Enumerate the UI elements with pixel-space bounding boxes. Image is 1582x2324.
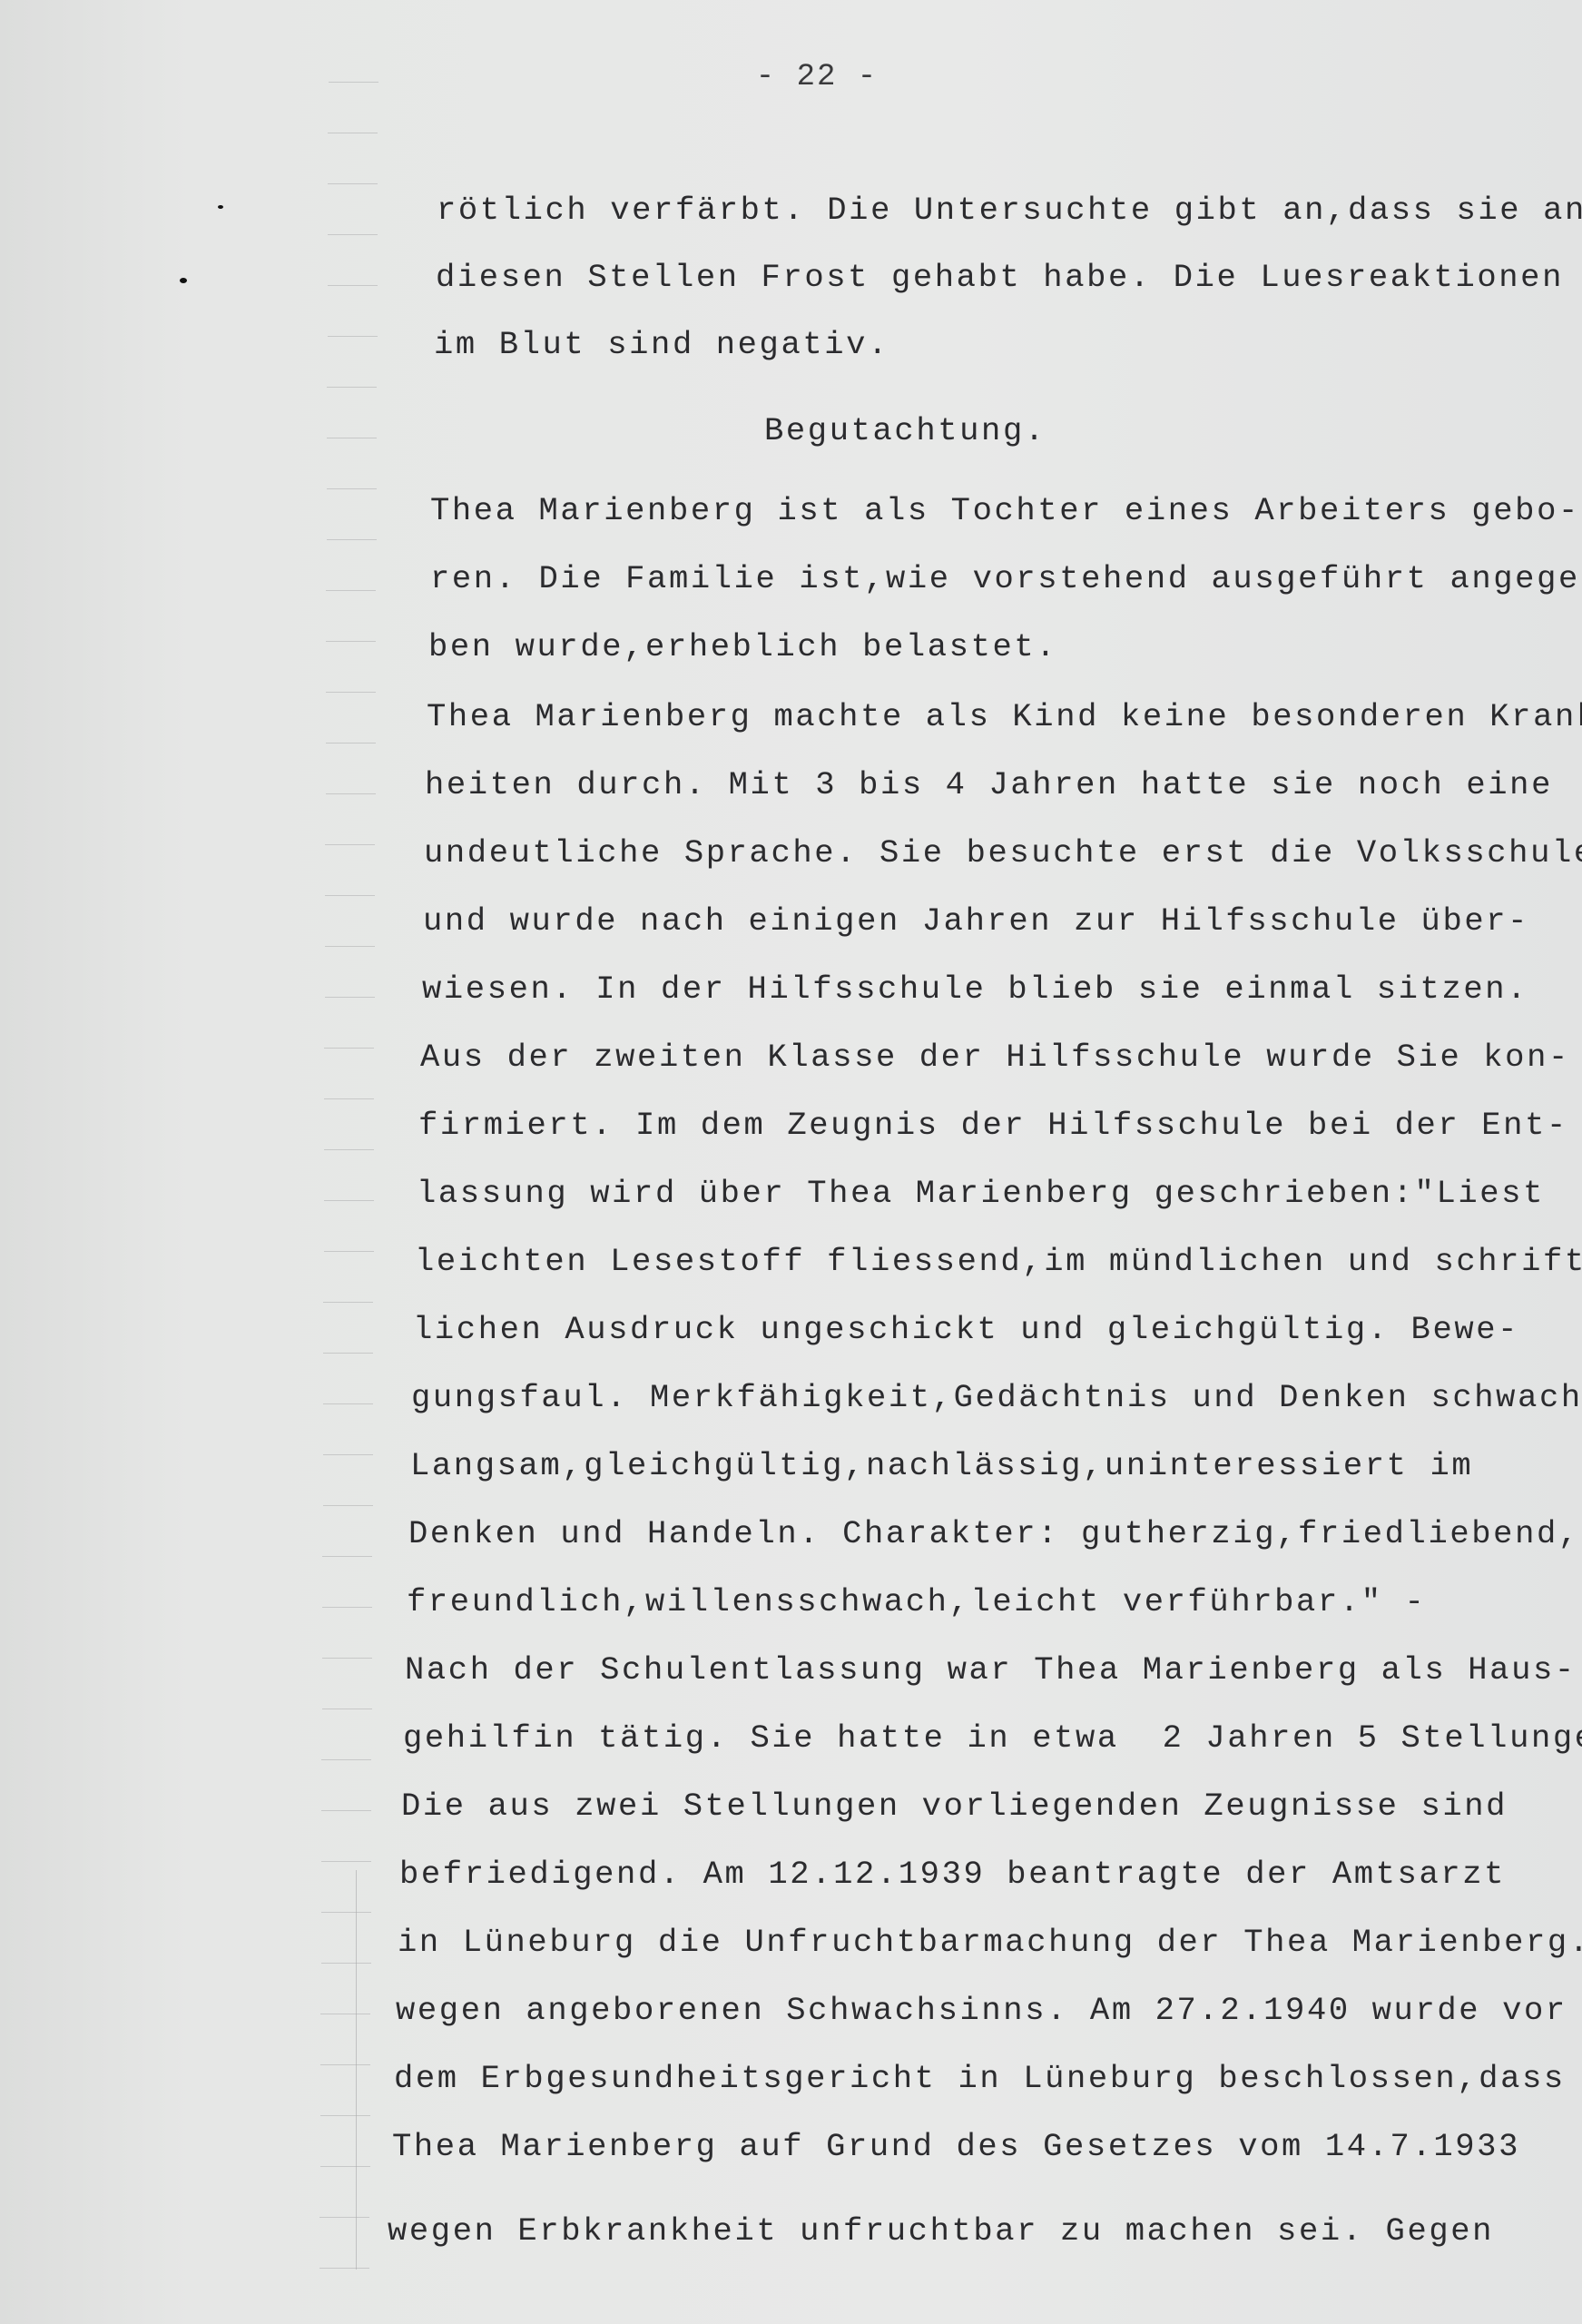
- margin-mark: [328, 183, 378, 184]
- text-line: Thea Marienberg machte als Kind keine be…: [427, 699, 1582, 735]
- text-line: Aus der zweiten Klasse der Hilfsschule w…: [420, 1039, 1570, 1076]
- text-line: wegen angeborenen Schwachsinns. Am 27.2.…: [396, 1993, 1567, 2029]
- margin-mark: [322, 1607, 372, 1608]
- margin-mark: [323, 1302, 373, 1303]
- margin-mark: [319, 2217, 369, 2218]
- text-line: gehilfin tätig. Sie hatte in etwa 2 Jahr…: [403, 1720, 1582, 1757]
- margin-mark: [321, 1810, 371, 1811]
- ink-speck: [218, 205, 223, 209]
- margin-mark: [322, 1556, 372, 1557]
- text-line: leichten Lesestoff fliessend,im mündlich…: [415, 1244, 1582, 1280]
- text-line: heiten durch. Mit 3 bis 4 Jahren hatte s…: [425, 767, 1553, 803]
- text-line: Thea Marienberg ist als Tochter eines Ar…: [430, 493, 1580, 529]
- text-line: wegen Erbkrankheit unfruchtbar zu machen…: [388, 2213, 1494, 2250]
- margin-mark: [324, 1098, 374, 1099]
- margin-mark: [321, 1861, 371, 1862]
- text-line: undeutliche Sprache. Sie besuchte erst d…: [424, 835, 1582, 871]
- margin-mark: [328, 234, 378, 235]
- margin-mark: [328, 133, 378, 133]
- page-number: - 22 -: [0, 60, 1582, 94]
- margin-mark: [323, 1403, 373, 1404]
- document-page: - 22 - rötlich verfärbt. Die Untersuchte…: [0, 0, 1582, 2324]
- margin-mark: [325, 844, 375, 845]
- margin-mark: [322, 1658, 372, 1659]
- section-heading: Begutachtung.: [764, 413, 1046, 449]
- text-line: lichen Ausdruck ungeschickt und gleichgü…: [413, 1312, 1519, 1348]
- ink-speck: [180, 278, 187, 283]
- margin-mark: [327, 387, 377, 388]
- text-line: im Blut sind negativ.: [434, 327, 889, 363]
- margin-mark: [320, 2014, 370, 2014]
- text-line: freundlich,willensschwach,leicht verführ…: [407, 1584, 1426, 1620]
- margin-mark: [328, 285, 378, 286]
- margin-mark: [322, 1709, 372, 1709]
- margin-mark: [319, 2268, 369, 2269]
- margin-mark: [324, 1048, 374, 1049]
- text-line: rötlich verfärbt. Die Untersuchte gibt a…: [437, 192, 1582, 229]
- margin-mark: [323, 1353, 373, 1354]
- margin-mark: [321, 1759, 371, 1760]
- margin-mark: [325, 895, 375, 896]
- margin-mark: [325, 997, 375, 998]
- text-line: Die aus zwei Stellungen vorliegenden Zeu…: [401, 1788, 1508, 1825]
- text-line: lassung wird über Thea Marienberg geschr…: [417, 1176, 1545, 1212]
- margin-mark: [326, 692, 376, 693]
- text-line: Thea Marienberg auf Grund des Gesetzes v…: [392, 2129, 1520, 2165]
- text-line: dem Erbgesundheitsgericht in Lüneburg be…: [394, 2061, 1566, 2097]
- margin-mark: [325, 946, 375, 947]
- paper-fold-line: [356, 1870, 357, 2270]
- text-line: in Lüneburg die Unfruchtbarmachung der T…: [398, 1925, 1582, 1961]
- text-line: diesen Stellen Frost gehabt habe. Die Lu…: [436, 260, 1564, 296]
- margin-mark: [324, 1149, 374, 1150]
- margin-mark: [328, 336, 378, 337]
- margin-mark: [329, 82, 378, 83]
- margin-mark: [320, 2166, 370, 2167]
- margin-mark: [326, 590, 376, 591]
- text-line: Nach der Schulentlassung war Thea Marien…: [405, 1652, 1577, 1689]
- text-line: und wurde nach einigen Jahren zur Hilfss…: [423, 903, 1529, 940]
- text-line: gungsfaul. Merkfähigkeit,Gedächtnis und …: [411, 1380, 1582, 1416]
- margin-mark: [324, 1200, 374, 1201]
- text-line: firmiert. Im dem Zeugnis der Hilfsschule…: [418, 1108, 1568, 1144]
- text-line: Langsam,gleichgültig,nachlässig,unintere…: [410, 1448, 1473, 1484]
- margin-mark: [324, 1251, 374, 1252]
- margin-mark: [327, 539, 377, 540]
- text-line: befriedigend. Am 12.12.1939 beantragte d…: [399, 1856, 1506, 1893]
- margin-mark: [326, 793, 376, 794]
- margin-mark: [326, 641, 376, 642]
- text-line: ben wurde,erheblich belastet.: [428, 629, 1057, 665]
- text-line: wiesen. In der Hilfsschule blieb sie ein…: [422, 971, 1528, 1008]
- margin-mark: [327, 488, 377, 489]
- text-line: ren. Die Familie ist,wie vorstehend ausg…: [430, 561, 1582, 597]
- margin-mark: [320, 2064, 370, 2065]
- margin-mark: [323, 1454, 373, 1455]
- text-line: Denken und Handeln. Charakter: gutherzig…: [408, 1516, 1580, 1552]
- margin-mark: [320, 2115, 370, 2116]
- margin-mark: [327, 438, 377, 438]
- margin-mark: [321, 1912, 371, 1913]
- margin-mark: [326, 743, 376, 743]
- margin-mark: [321, 1963, 371, 1964]
- margin-mark: [323, 1505, 373, 1506]
